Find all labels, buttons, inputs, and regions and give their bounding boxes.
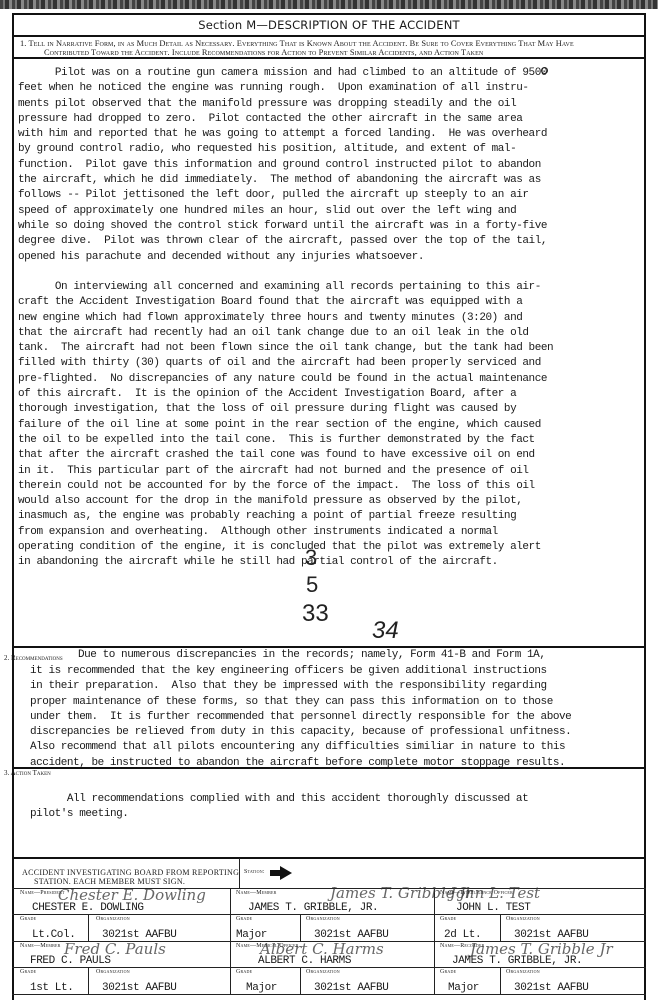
divider xyxy=(300,967,301,994)
narrative-paragraph-1: Pilot was on a routine gun camera missio… xyxy=(18,66,547,265)
member-organization: 3021st AAFBU xyxy=(102,982,176,994)
member-grade: 1st Lt. xyxy=(30,982,73,994)
recommendations-label: 2. Recommendations xyxy=(4,654,63,662)
instructions: 1. Tell in Narrative Form, in as Much De… xyxy=(14,37,644,59)
divider xyxy=(434,888,435,994)
divider xyxy=(300,914,301,941)
divider xyxy=(12,767,646,769)
member-name: ALBERT C. HARMS xyxy=(258,955,351,967)
board-header-line-2: STATION. EACH MEMBER MUST SIGN. xyxy=(22,877,239,886)
organization-label: Organization xyxy=(306,969,340,975)
handwritten-mark: 33 xyxy=(302,600,329,628)
handwritten-mark: 5 xyxy=(306,572,318,598)
recommendations-first-line: Due to numerous discrepancies in the rec… xyxy=(78,648,545,663)
narrative-paragraph-2: On interviewing all concerned and examin… xyxy=(18,280,553,571)
organization-label: Organization xyxy=(96,969,130,975)
divider xyxy=(500,967,501,994)
grade-label: Grade xyxy=(236,916,252,922)
arrow-icon xyxy=(280,866,292,880)
grade-label: Grade xyxy=(440,969,456,975)
station-label: Station: xyxy=(244,869,265,875)
divider xyxy=(12,994,646,995)
grade-label: Grade xyxy=(440,916,456,922)
member-name: JAMES T. GRIBBLE, JR. xyxy=(452,955,582,967)
member-grade: Major xyxy=(448,982,479,994)
recommendations-text: it is recommended that the key engineeri… xyxy=(30,664,571,771)
member-name: JAMES T. GRIBBLE, JR. xyxy=(248,902,378,914)
role-label: Name—Member xyxy=(236,890,277,896)
action-taken-label: 3. Action Taken xyxy=(4,769,51,777)
divider xyxy=(88,914,89,941)
action-taken-text: All recommendations complied with and th… xyxy=(30,792,528,823)
organization-label: Organization xyxy=(506,916,540,922)
divider xyxy=(88,967,89,994)
member-name: FRED C. PAULS xyxy=(30,955,111,967)
section-title: Section M—DESCRIPTION OF THE ACCIDENT xyxy=(14,15,644,37)
member-name: CHESTER E. DOWLING xyxy=(32,902,144,914)
signature: John L. Test xyxy=(450,884,540,902)
divider xyxy=(239,858,240,888)
handwritten-mark: 3 xyxy=(305,545,317,571)
grade-label: Grade xyxy=(236,969,252,975)
grade-label: Grade xyxy=(20,916,36,922)
divider xyxy=(12,967,646,968)
organization-label: Organization xyxy=(96,916,130,922)
member-grade: Major xyxy=(246,982,277,994)
divider xyxy=(12,914,646,915)
board-header: ACCIDENT INVESTIGATING BOARD FROM REPORT… xyxy=(22,868,239,886)
member-organization: 3021st AAFBU xyxy=(314,982,388,994)
role-label: Name—Member xyxy=(20,943,61,949)
instruction-line-1: 1. Tell in Narrative Form, in as Much De… xyxy=(20,39,574,48)
organization-label: Organization xyxy=(506,969,540,975)
member-name: JOHN L. TEST xyxy=(456,902,530,914)
divider xyxy=(500,914,501,941)
scan-edge xyxy=(0,0,658,9)
divider xyxy=(12,857,646,859)
handwritten-mark: 34 xyxy=(372,617,399,645)
board-header-line-1: ACCIDENT INVESTIGATING BOARD FROM REPORT… xyxy=(22,868,239,877)
member-organization: 3021st AAFBU xyxy=(514,982,588,994)
grade-label: Grade xyxy=(20,969,36,975)
instruction-line-2: Contributed Toward the Accident. Include… xyxy=(20,48,638,57)
divider xyxy=(230,888,231,994)
organization-label: Organization xyxy=(306,916,340,922)
